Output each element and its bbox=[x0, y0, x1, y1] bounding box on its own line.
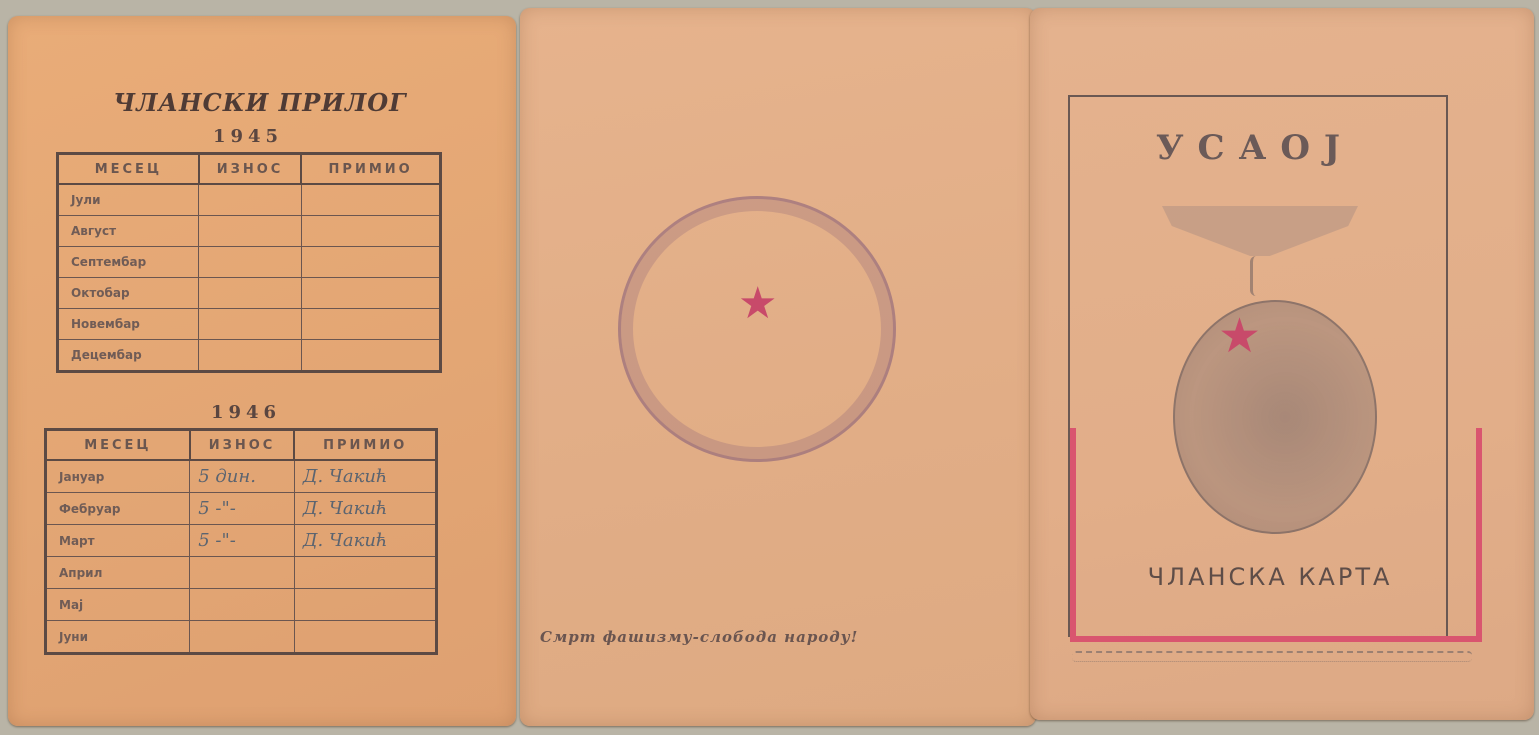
received-by-cell bbox=[301, 309, 440, 340]
amount-cell bbox=[199, 216, 302, 247]
table-row: Октобар bbox=[58, 278, 441, 309]
table-row: Новембар bbox=[58, 309, 441, 340]
table-row: Јули bbox=[58, 184, 441, 216]
received-by-cell bbox=[294, 621, 436, 654]
month-cell: Октобар bbox=[58, 278, 199, 309]
decorative-rule bbox=[1072, 651, 1472, 662]
amount-cell: 5 -"- bbox=[190, 525, 295, 557]
dues-title: ЧЛАНСКИ ПРИЛОГ bbox=[110, 88, 410, 117]
month-cell: Новембар bbox=[58, 309, 199, 340]
received-by-cell bbox=[294, 557, 436, 589]
amount-cell: 5 дин. bbox=[190, 460, 295, 493]
received-by-cell: Д. Чакић bbox=[294, 493, 436, 525]
year-heading-1945: 1945 bbox=[148, 126, 348, 147]
month-cell: Август bbox=[58, 216, 199, 247]
table-row: Мај bbox=[46, 589, 437, 621]
received-by-cell bbox=[301, 216, 440, 247]
slogan: Смрт фашизму-слобода народу! bbox=[540, 628, 980, 646]
received-by-cell bbox=[301, 278, 440, 309]
received-by-cell bbox=[294, 589, 436, 621]
dues-table-1946: МЕСЕЦ ИЗНОС ПРИМИО Јануар5 дин.Д. ЧакићФ… bbox=[44, 428, 438, 655]
medal-icon bbox=[1173, 300, 1377, 534]
table-row: Јуни bbox=[46, 621, 437, 654]
received-by-cell bbox=[301, 184, 440, 216]
year-heading-1946: 1946 bbox=[146, 402, 346, 423]
card-label: ЧЛАНСКА КАРТА bbox=[1100, 563, 1440, 591]
received-by-cell: Д. Чакић bbox=[294, 525, 436, 557]
amount-cell bbox=[199, 247, 302, 278]
month-cell: Мај bbox=[46, 589, 190, 621]
table-row: Април bbox=[46, 557, 437, 589]
red-star-icon: ★ bbox=[1218, 312, 1261, 360]
table-row: Септембар bbox=[58, 247, 441, 278]
amount-cell bbox=[199, 184, 302, 216]
col-received-by: ПРИМИО bbox=[301, 154, 440, 185]
col-received-by: ПРИМИО bbox=[294, 430, 436, 461]
col-month: МЕСЕЦ bbox=[58, 154, 199, 185]
month-cell: Фебруар bbox=[46, 493, 190, 525]
red-star-icon: ★ bbox=[738, 282, 777, 326]
table-row: Јануар5 дин.Д. Чакић bbox=[46, 460, 437, 493]
col-month: МЕСЕЦ bbox=[46, 430, 190, 461]
col-amount: ИЗНОС bbox=[199, 154, 302, 185]
received-by-cell bbox=[301, 340, 440, 372]
medal-ring-icon bbox=[1250, 256, 1267, 296]
dues-table-1945: МЕСЕЦ ИЗНОС ПРИМИО ЈулиАвгустСептембарОк… bbox=[56, 152, 442, 373]
table-row: Август bbox=[58, 216, 441, 247]
amount-cell bbox=[190, 621, 295, 654]
table-row: Март5 -"-Д. Чакић bbox=[46, 525, 437, 557]
round-seal-icon bbox=[618, 196, 896, 462]
month-cell: Март bbox=[46, 525, 190, 557]
month-cell: Септембар bbox=[58, 247, 199, 278]
month-cell: Април bbox=[46, 557, 190, 589]
amount-cell bbox=[190, 557, 295, 589]
amount-cell bbox=[199, 340, 302, 372]
month-cell: Јануар bbox=[46, 460, 190, 493]
table-row: Децембар bbox=[58, 340, 441, 372]
col-amount: ИЗНОС bbox=[190, 430, 295, 461]
received-by-cell: Д. Чакић bbox=[294, 460, 436, 493]
amount-cell bbox=[199, 278, 302, 309]
table-row: Фебруар5 -"-Д. Чакић bbox=[46, 493, 437, 525]
month-cell: Јуни bbox=[46, 621, 190, 654]
organization-name: УСАОЈ bbox=[1110, 128, 1400, 168]
amount-cell: 5 -"- bbox=[190, 493, 295, 525]
month-cell: Јули bbox=[58, 184, 199, 216]
amount-cell bbox=[190, 589, 295, 621]
month-cell: Децембар bbox=[58, 340, 199, 372]
amount-cell bbox=[199, 309, 302, 340]
received-by-cell bbox=[301, 247, 440, 278]
